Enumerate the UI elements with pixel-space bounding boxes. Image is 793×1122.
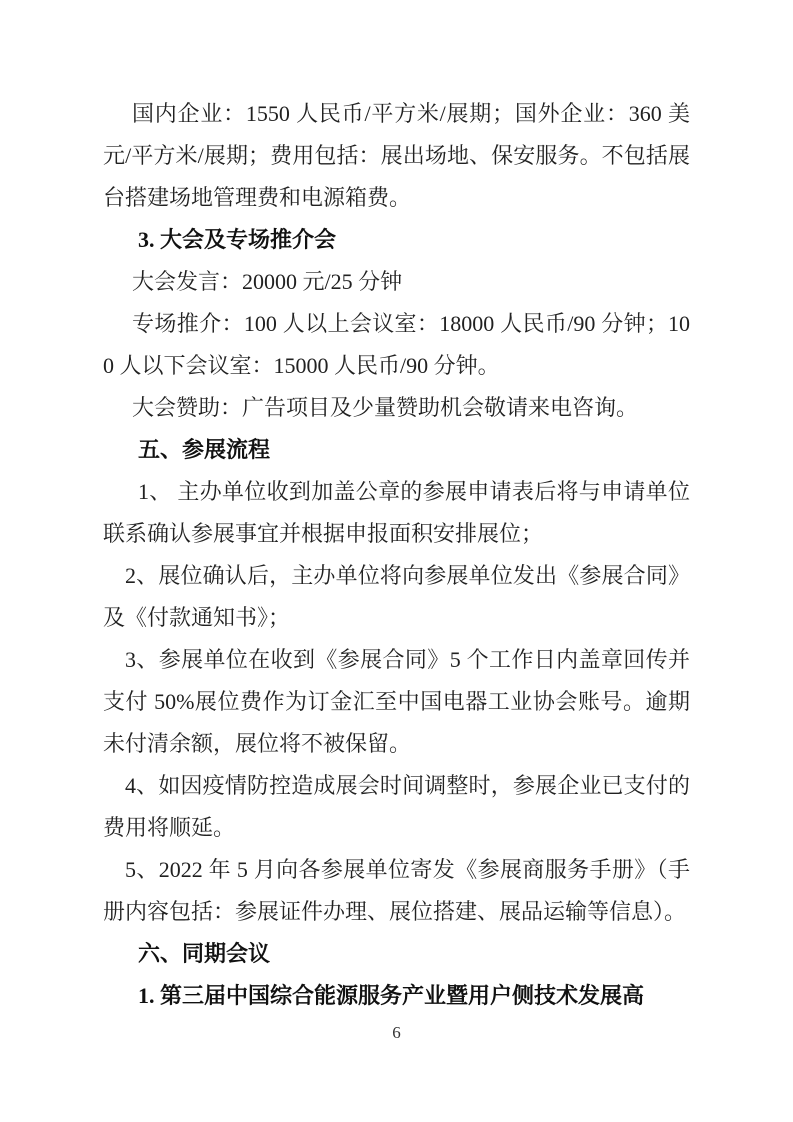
para-speech-fee: 大会发言：20000 元/25 分钟	[103, 261, 690, 303]
para-booth-price: 国内企业：1550 人民币/平方米/展期；国外企业：360 美元/平方米/展期；…	[103, 93, 690, 219]
document-body: 国内企业：1550 人民币/平方米/展期；国外企业：360 美元/平方米/展期；…	[103, 93, 690, 1017]
heading-conference-promo: 3. 大会及专场推介会	[103, 219, 690, 261]
process-step-2: 2、展位确认后，主办单位将向参展单位发出《参展合同》及《付款通知书》；	[103, 555, 690, 639]
process-step-1: 1、 主办单位收到加盖公章的参展申请表后将与申请单位联系确认参展事宜并根据申报面…	[103, 471, 690, 555]
page-number: 6	[0, 1022, 793, 1044]
heading-concurrent-meeting-1: 1. 第三届中国综合能源服务产业暨用户侧技术发展高	[103, 975, 690, 1017]
process-step-5: 5、2022 年 5 月向各参展单位寄发《参展商服务手册》（手册内容包括：参展证…	[103, 849, 690, 933]
para-sponsorship: 大会赞助：广告项目及少量赞助机会敬请来电咨询。	[103, 387, 690, 429]
document-page: 国内企业：1550 人民币/平方米/展期；国外企业：360 美元/平方米/展期；…	[0, 0, 793, 1122]
process-step-3: 3、参展单位在收到《参展合同》5 个工作日内盖章回传并支付 50%展位费作为订金…	[103, 639, 690, 765]
process-step-4: 4、如因疫情防控造成展会时间调整时，参展企业已支付的费用将顺延。	[103, 765, 690, 849]
para-promo-session-fee: 专场推介：100 人以上会议室：18000 人民币/90 分钟；100 人以下会…	[103, 303, 690, 387]
heading-concurrent-meetings: 六、同期会议	[103, 933, 690, 975]
heading-exhibition-process: 五、参展流程	[103, 429, 690, 471]
